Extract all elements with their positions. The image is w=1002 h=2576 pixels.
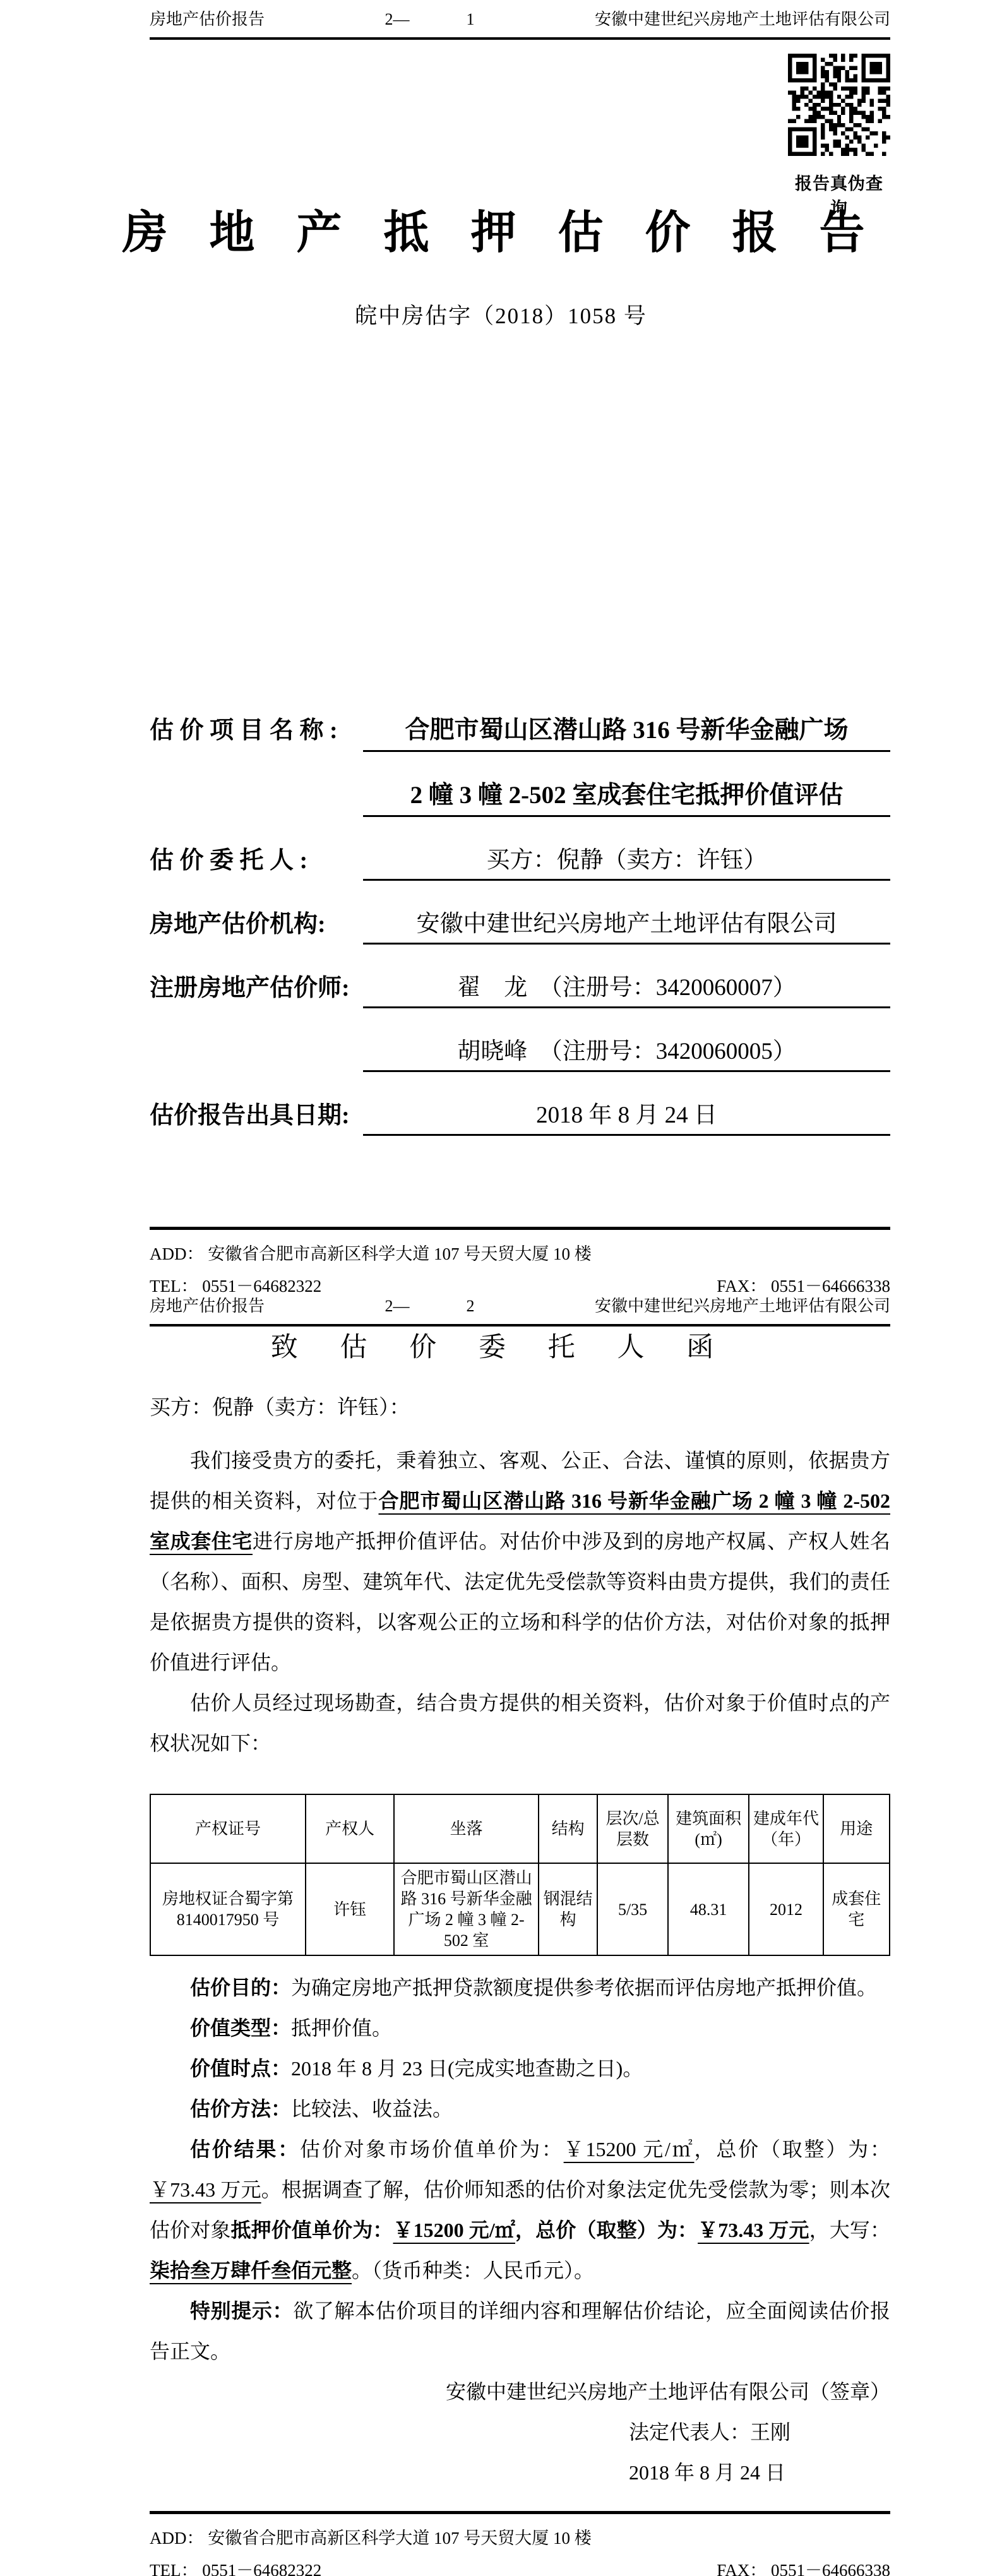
- section-value-date: 价值时点：2018 年 8 月 23 日(完成实地查勘之日)。: [150, 2048, 890, 2089]
- table-header-row: 产权证号 产权人 坐落 结构 层次/总层数 建筑面积 (㎡) 建成年代（年） 用…: [150, 1794, 890, 1863]
- section-result: 估价结果：估价对象市场价值单价为：￥15200 元/㎡，总价（取整）为：￥73.…: [150, 2129, 890, 2291]
- field-row-project-name-2: 2 幢 3 幢 2-502 室成套住宅抵押价值评估: [150, 775, 890, 817]
- col-owner: 产权人: [306, 1794, 395, 1863]
- field-row-appraiser-1: 注册房地产估价师: 翟 龙 （注册号：3420060007）: [150, 968, 890, 1008]
- section-special-note: 特别提示：欲了解本估价项目的详细内容和理解估价结论，应全面阅读估价报告正文。: [150, 2291, 890, 2371]
- col-location: 坐落: [394, 1794, 538, 1863]
- col-area: 建筑面积 (㎡): [668, 1794, 749, 1863]
- page-number-current: 1: [467, 10, 475, 28]
- field-row-client: 估 价 委 托 人 : 买方：倪静（卖方：许钰）: [150, 840, 890, 881]
- cell-owner: 许钰: [306, 1863, 395, 1955]
- signature-block: 安徽中建世纪兴房地产土地评估有限公司（签章） 法定代表人：王刚 2018 年 8…: [150, 2371, 890, 2493]
- cover-fields: 估 价 项 目 名 称 : 合肥市蜀山区潜山路 316 号新华金融广场 2 幢 …: [150, 710, 890, 1159]
- col-certificate-no: 产权证号: [150, 1794, 306, 1863]
- qr-code: [788, 54, 890, 156]
- col-floor: 层次/总层数: [597, 1794, 667, 1863]
- qr-block: 报告真伪查询: [788, 54, 890, 219]
- company-name: 安徽中建世纪兴房地产土地评估有限公司: [595, 6, 890, 30]
- paragraph-inspection: 估价人员经过现场勘查，结合贵方提供的相关资料，估价对象于价值时点的产权状况如下：: [150, 1683, 890, 1763]
- field-value: 安徽中建世纪兴房地产土地评估有限公司: [363, 904, 890, 945]
- ownership-table: 产权证号 产权人 坐落 结构 层次/总层数 建筑面积 (㎡) 建成年代（年） 用…: [150, 1794, 890, 1956]
- section-value-type: 价值类型：抵押价值。: [150, 2008, 890, 2048]
- cell-year-built: 2012: [749, 1863, 823, 1955]
- field-row-project-name: 估 价 项 目 名 称 : 合肥市蜀山区潜山路 316 号新华金融广场: [150, 710, 890, 752]
- field-label: [150, 1032, 363, 1072]
- page-number-current: 2: [467, 1297, 475, 1315]
- field-value: 买方：倪静（卖方：许钰）: [363, 840, 890, 881]
- field-value: 翟 龙 （注册号：3420060007）: [363, 968, 890, 1008]
- salutation: 买方：倪静（卖方：许钰）：: [150, 1392, 890, 1424]
- fax-line: FAX： 0551－64666338: [717, 2556, 890, 2576]
- field-value: 2 幢 3 幢 2-502 室成套住宅抵押价值评估: [363, 775, 890, 817]
- table-row: 房地权证合蜀字第 8140017950 号 许钰 合肥市蜀山区潜山路 316 号…: [150, 1863, 890, 1955]
- section-purpose: 估价目的：为确定房地产抵押贷款额度提供参考依据而评估房地产抵押价值。: [150, 1967, 890, 2008]
- section-method: 估价方法：比较法、收益法。: [150, 2089, 890, 2129]
- col-usage: 用途: [823, 1794, 890, 1863]
- paragraph-engagement: 我们接受贵方的委托，秉着独立、客观、公正、合法、谨慎的原则，依据贵方提供的相关资…: [150, 1440, 890, 1683]
- field-value: 2018 年 8 月 24 日: [363, 1095, 890, 1136]
- cell-usage: 成套住宅: [823, 1863, 890, 1955]
- page1-header: 房地产估价报告 2—1 安徽中建世纪兴房地产土地评估有限公司: [150, 6, 890, 40]
- letter-body: 买方：倪静（卖方：许钰）： 我们接受贵方的委托，秉着独立、客观、公正、合法、谨慎…: [150, 1392, 890, 2493]
- tel-line: TEL： 0551－64682322: [150, 2556, 321, 2576]
- field-label: 注册房地产估价师:: [150, 968, 363, 1008]
- page-number-prefix: 2—: [385, 1297, 410, 1315]
- address-line: ADD： 安徽省合肥市高新区科学大道 107 号天贸大厦 10 楼: [150, 2524, 890, 2549]
- cell-floor: 5/35: [597, 1863, 667, 1955]
- page-number: 2—1: [265, 10, 595, 29]
- field-label: 估价报告出具日期:: [150, 1095, 363, 1136]
- letter-title: 致 估 价 委 托 人 函: [0, 1326, 1002, 1364]
- page2-header: 房地产估价报告 2—2 安徽中建世纪兴房地产土地评估有限公司: [150, 1293, 890, 1327]
- field-row-agency: 房地产估价机构: 安徽中建世纪兴房地产土地评估有限公司: [150, 904, 890, 945]
- field-label: 估 价 项 目 名 称 :: [150, 710, 363, 752]
- field-value: 胡晓峰 （注册号：3420060005）: [363, 1032, 890, 1072]
- field-label: 估 价 委 托 人 :: [150, 840, 363, 881]
- doc-type-label: 房地产估价报告: [150, 1293, 265, 1316]
- cell-area: 48.31: [668, 1863, 749, 1955]
- page-number: 2—2: [265, 1297, 595, 1316]
- col-year-built: 建成年代（年）: [749, 1794, 823, 1863]
- signature-representative: 法定代表人：王刚: [150, 2412, 890, 2452]
- col-structure: 结构: [539, 1794, 598, 1863]
- field-row-appraiser-2: 胡晓峰 （注册号：3420060005）: [150, 1032, 890, 1072]
- page-number-prefix: 2—: [385, 10, 410, 28]
- field-row-issue-date: 估价报告出具日期: 2018 年 8 月 24 日: [150, 1095, 890, 1136]
- cell-certificate-no: 房地权证合蜀字第 8140017950 号: [150, 1863, 306, 1955]
- signature-date: 2018 年 8 月 24 日: [150, 2452, 890, 2493]
- page2-footer: ADD： 安徽省合肥市高新区科学大道 107 号天贸大厦 10 楼 TEL： 0…: [150, 2511, 890, 2576]
- doc-type-label: 房地产估价报告: [150, 6, 265, 30]
- signature-company: 安徽中建世纪兴房地产土地评估有限公司（签章）: [150, 2371, 890, 2412]
- company-name: 安徽中建世纪兴房地产土地评估有限公司: [595, 1293, 890, 1316]
- field-label: [150, 775, 363, 817]
- page1-footer: ADD： 安徽省合肥市高新区科学大道 107 号天贸大厦 10 楼 TEL： 0…: [150, 1227, 890, 1297]
- field-value: 合肥市蜀山区潜山路 316 号新华金融广场: [363, 710, 890, 752]
- address-line: ADD： 安徽省合肥市高新区科学大道 107 号天贸大厦 10 楼: [150, 1240, 890, 1265]
- field-label: 房地产估价机构:: [150, 904, 363, 945]
- cell-structure: 钢混结构: [539, 1863, 598, 1955]
- report-title: 房 地 产 抵 押 估 价 报 告: [0, 196, 1002, 261]
- cell-location: 合肥市蜀山区潜山路 316 号新华金融广场 2 幢 3 幢 2-502 室: [394, 1863, 538, 1955]
- report-number: 皖中房估字（2018）1058 号: [0, 299, 1002, 330]
